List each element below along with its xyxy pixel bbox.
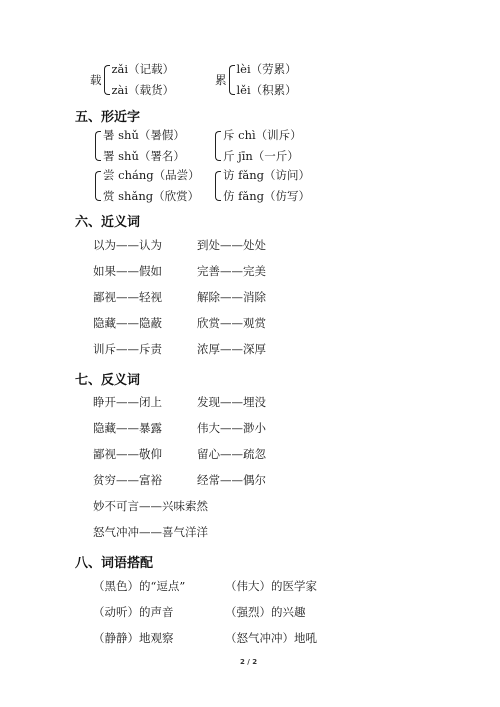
section-heading-similar-chars: 五、形近字	[75, 106, 140, 125]
synonym-pair: 到处——处处	[197, 238, 266, 252]
brace-icon	[95, 131, 101, 161]
similar-char-line: 斤 jīn（一斤）	[223, 148, 302, 164]
similar-char-line: 尝 cháng（品尝）	[103, 167, 200, 183]
similar-char-line: 仿 fǎng（仿写）	[223, 188, 310, 204]
collocation-item: （黑色）的“逗点”	[93, 579, 185, 593]
brace-icon	[229, 65, 235, 95]
antonym-pair: 妙不可言——兴味索然	[93, 499, 208, 513]
section-heading-antonyms: 七、反义词	[75, 369, 140, 388]
synonym-pair: 完善——完美	[197, 264, 266, 278]
antonym-pair: 隐藏——暴露	[93, 421, 162, 435]
synonym-pair: 解除——消除	[197, 290, 266, 304]
similar-char-line: 斥 chì（训斥）	[223, 127, 302, 143]
antonym-pair: 贫穷——富裕	[93, 473, 162, 487]
antonym-pair: 留心——疏忽	[197, 447, 266, 461]
collocation-item: （静静）地观察	[93, 631, 174, 645]
similar-char-group: 斥 chì（训斥） 斤 jīn（一斤）	[215, 127, 302, 164]
collocation-item: （伟大）的医学家	[225, 579, 317, 593]
brace-icon	[104, 65, 110, 95]
brace-icon	[215, 131, 221, 161]
synonym-pair: 浓厚——深厚	[197, 342, 266, 356]
similar-char-line: 访 fǎng（访问）	[223, 167, 310, 183]
similar-char-group: 访 fǎng（访问） 仿 fǎng（仿写）	[215, 167, 310, 204]
page-number: 2 / 2	[240, 658, 257, 666]
synonym-pair: 隐藏——隐蔽	[93, 316, 162, 330]
similar-char-line: 赏 shǎng（欣赏）	[103, 188, 200, 204]
reading-line: zài（载货）	[112, 82, 175, 98]
antonym-pair: 发现——埋没	[197, 395, 266, 409]
collocation-item: （强烈）的兴趣	[225, 605, 306, 619]
antonym-pair: 睁开——闭上	[93, 395, 162, 409]
collocation-item: （动听）的声音	[93, 605, 174, 619]
synonym-pair: 欣赏——观赏	[197, 316, 266, 330]
brace-icon	[215, 171, 221, 201]
similar-char-line: 署 shǔ（署名）	[103, 148, 185, 164]
section-heading-collocations: 八、词语搭配	[75, 552, 153, 571]
polyphone-char: 累	[215, 73, 227, 87]
reading-line: lèi（劳累）	[237, 61, 297, 77]
polyphone-group-lei: 累 lèi（劳累） lěi（积累）	[215, 61, 297, 98]
reading-line: lěi（积累）	[237, 82, 297, 98]
antonym-pair: 怒气冲冲——喜气洋洋	[93, 525, 208, 539]
reading-line: zǎi（记载）	[112, 61, 175, 77]
polyphone-group-zai: 载 zǎi（记载） zài（载货）	[90, 61, 174, 98]
antonym-pair: 经常——偶尔	[197, 473, 266, 487]
section-heading-synonyms: 六、近义词	[75, 211, 140, 230]
similar-char-line: 暑 shǔ（暑假）	[103, 127, 185, 143]
similar-char-group: 暑 shǔ（暑假） 署 shǔ（署名）	[95, 127, 185, 164]
polyphone-char: 载	[90, 73, 102, 87]
similar-char-group: 尝 cháng（品尝） 赏 shǎng（欣赏）	[95, 167, 200, 204]
brace-icon	[95, 171, 101, 201]
synonym-pair: 以为——认为	[93, 238, 162, 252]
antonym-pair: 伟大——渺小	[197, 421, 266, 435]
antonym-pair: 鄙视——敬仰	[93, 447, 162, 461]
synonym-pair: 如果——假如	[93, 264, 162, 278]
synonym-pair: 训斥——斥责	[93, 342, 162, 356]
synonym-pair: 鄙视——轻视	[93, 290, 162, 304]
collocation-item: （怒气冲冲）地吼	[225, 631, 317, 645]
